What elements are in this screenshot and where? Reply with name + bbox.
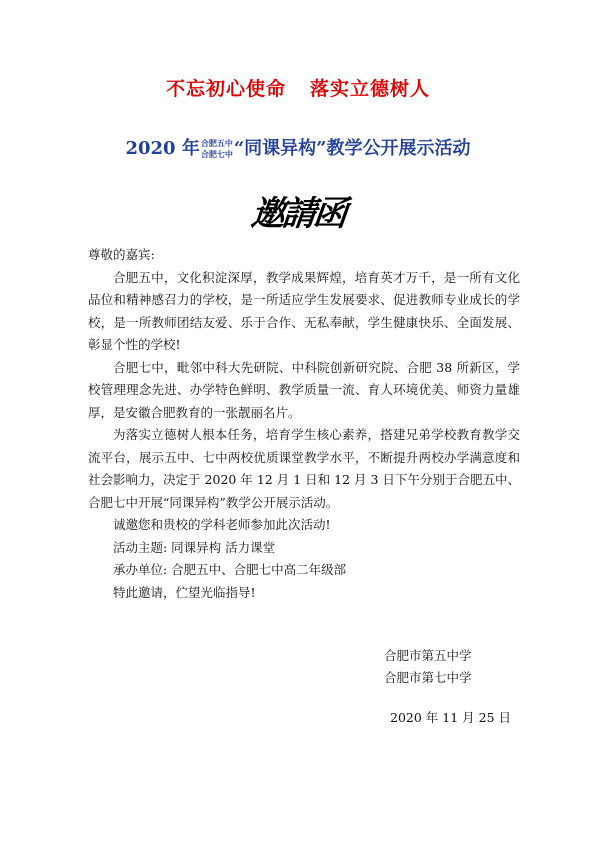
paragraph: 活动主题: 同课异构 活力课堂 xyxy=(88,537,520,560)
slogan-left: 不忘初心使命 xyxy=(166,78,286,100)
title-event: “同课异构”教学公开展示活动 xyxy=(234,138,471,159)
invitation-heading: 邀請函 xyxy=(0,186,596,235)
event-title: 2020 年合肥五中合肥七中“同课异构”教学公开展示活动 xyxy=(0,134,596,160)
letter-body: 尊敬的嘉宾: 合肥五中，文化积淀深厚，教学成果辉煌，培育英才万千，是一所有文化品… xyxy=(88,244,520,604)
paragraph: 合肥七中，毗邻中科大先研院、中科院创新研究院、合肥 38 所新区，学校管理理念先… xyxy=(88,357,520,425)
paragraph: 为落实立德树人根本任务，培育学生核心素养，搭建兄弟学校教育教学交流平台，展示五中… xyxy=(88,424,520,514)
paragraph: 特此邀请，伫望光临指导! xyxy=(88,582,520,605)
slogan: 不忘初心使命落实立德树人 xyxy=(0,74,596,101)
paragraph: 诚邀您和贵校的学科老师参加此次活动! xyxy=(88,514,520,537)
signature-school-7: 合肥市第七中学 xyxy=(384,668,472,686)
signature-school-5: 合肥市第五中学 xyxy=(384,646,472,664)
title-year: 2020 年 xyxy=(125,138,199,159)
paragraph: 承办单位: 合肥五中、合肥七中高二年级部 xyxy=(88,559,520,582)
paragraph: 合肥五中，文化积淀深厚，教学成果辉煌，培育英才万千，是一所有文化品位和精神感召力… xyxy=(88,267,520,357)
slogan-right: 落实立德树人 xyxy=(310,78,430,100)
greeting: 尊敬的嘉宾: xyxy=(88,244,520,267)
letter-date: 2020 年 11 月 25 日 xyxy=(390,708,511,726)
title-schools: 合肥五中合肥七中 xyxy=(201,138,233,160)
